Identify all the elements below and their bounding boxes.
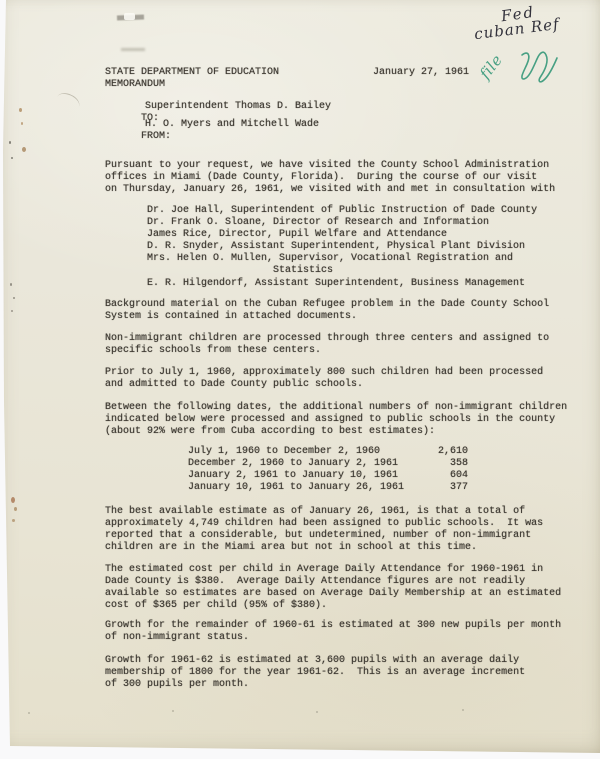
memo-date: January 27, 1961 [373,67,469,79]
rust-speck [19,108,22,112]
from-label: FROM: [141,131,171,142]
paragraph-visit-intro: Pursuant to your request, we have visite… [105,160,555,196]
consultant-line: James Rice, Director, Pupil Welfare and … [147,229,537,241]
memo-content: STATE DEPARTMENT OF EDUCATION MEMORANDUM… [105,0,585,754]
enrollment-period: January 10, 1961 to January 26, 1961 [188,482,404,494]
enrollment-count: 2,610 [438,446,468,458]
consultant-line: Dr. Joe Hall, Superintendent of Public I… [147,205,537,217]
enrollment-count: 377 [450,482,468,494]
to-value: Superintendent Thomas D. Bailey [145,101,331,113]
ink-speck [10,283,12,286]
rust-speck [12,519,15,522]
memo-paper: Fed cuban Ref file STATE DEPARTMENT OF E… [0,0,600,754]
rust-speck [22,147,26,152]
enrollment-count: 358 [450,458,468,470]
rust-speck [11,497,15,503]
document-type: MEMORANDUM [105,79,165,91]
dust-speck [28,712,30,714]
consultant-line: D. R. Snyder, Assistant Superintendent, … [147,241,537,253]
consultant-line: Dr. Frank O. Sloane, Director of Researc… [147,217,537,229]
paragraph-cost-per-child: The estimated cost per child in Average … [105,564,561,612]
paragraph-growth-1960-61: Growth for the remainder of 1960-61 is e… [105,620,561,644]
consultant-line: E. R. Hilgendorf, Assistant Superintende… [147,278,537,290]
enrollment-table-row: July 1, 1960 to December 2, 19602,610 [188,446,468,458]
ink-speck [9,141,11,144]
ink-speck [11,310,13,312]
enrollment-period: July 1, 1960 to December 2, 1960 [188,446,380,458]
agency-name: STATE DEPARTMENT OF EDUCATION [105,67,279,79]
enrollment-table-row: January 2, 1961 to January 10, 1961604 [188,470,468,482]
paragraph-background: Background material on the Cuban Refugee… [105,299,549,323]
paragraph-between-dates: Between the following dates, the additio… [105,402,567,438]
from-value: H. O. Myers and Mitchell Wade [145,119,319,131]
rust-speck [21,122,23,125]
consultant-line: Mrs. Helen O. Mullen, Supervisor, Vocati… [147,253,537,277]
paragraph-best-estimate: The best available estimate as of Januar… [105,506,543,554]
enrollment-count: 604 [450,470,468,482]
paragraph-growth-1961-62: Growth for 1961-62 is estimated at 3,600… [105,655,525,691]
ink-speck [13,297,15,299]
enrollment-period: January 2, 1961 to January 10, 1961 [188,470,398,482]
ink-speck [11,157,13,159]
enrollment-table-row: December 2, 1960 to January 2, 1961358 [188,458,468,470]
enrollment-period: December 2, 1960 to January 2, 1961 [188,458,398,470]
enrollment-table-row: January 10, 1961 to January 26, 1961377 [188,482,468,494]
paragraph-prior-july: Prior to July 1, 1960, approximately 800… [105,367,543,391]
consultant-list: Dr. Joe Hall, Superintendent of Public I… [147,205,537,290]
rust-speck [14,507,17,511]
scratch-mark [54,90,83,115]
enrollment-table: July 1, 1960 to December 2, 19602,610Dec… [188,446,468,494]
paragraph-processing: Non-immigrant children are processed thr… [105,333,549,357]
